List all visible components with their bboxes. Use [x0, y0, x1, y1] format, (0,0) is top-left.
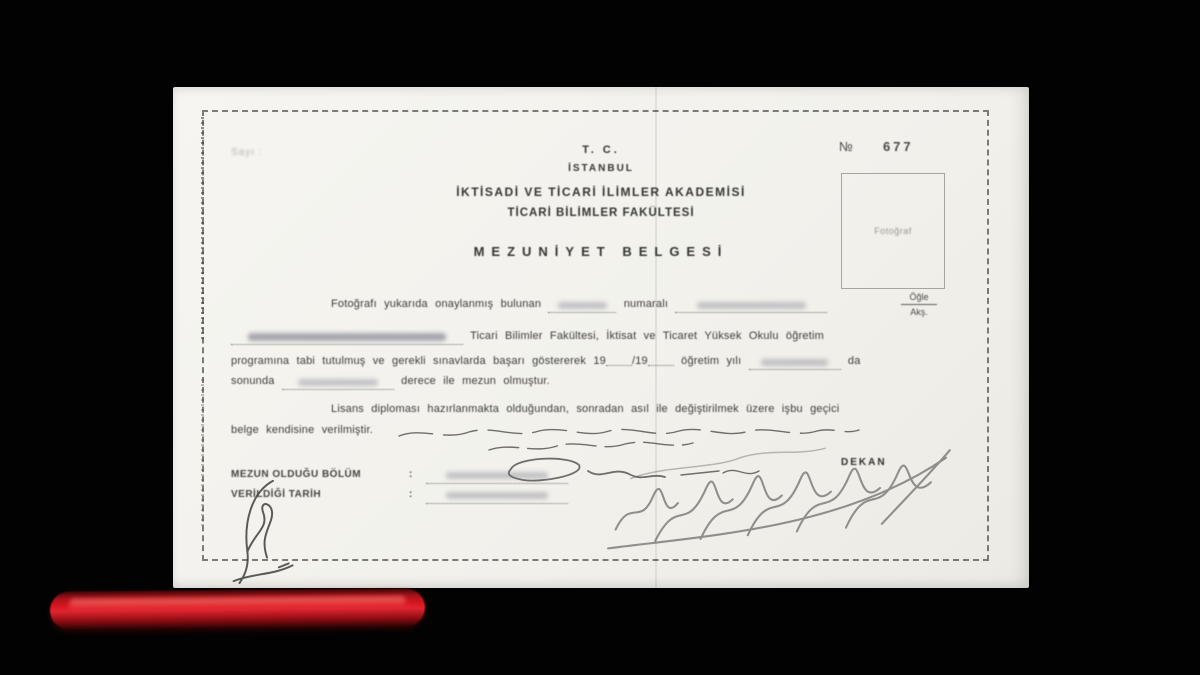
red-marker-pen [50, 588, 425, 629]
dean-signature [588, 437, 968, 555]
header-academy: İKTİSADİ VE TİCARİ İLİMLER AKADEMİSİ [173, 185, 1029, 199]
bolum-blank [426, 471, 568, 484]
typed-entry [298, 379, 379, 386]
student-number-blank [548, 300, 616, 313]
body-text: da [848, 355, 861, 367]
body-line-3: programına tabi tutulmuş ve gerekli sına… [231, 353, 967, 370]
session-selector: Öğle Akş. [895, 292, 943, 317]
body-line-2: Ticari Bilimler Fakültesi, İktisat ve Ti… [231, 330, 967, 345]
colon: : [409, 469, 423, 480]
body-line-5: Lisans diploması hazırlanmakta olduğunda… [231, 403, 967, 415]
body-line-4: sonunda derece ile mezun olmuştur. [231, 375, 967, 390]
degree-blank [282, 377, 394, 390]
body-text: belge kendisine verilmiştir. [231, 424, 373, 436]
corner-pen-scribble [221, 475, 316, 588]
body-text: numaralı [624, 298, 668, 310]
body-text: öğretim yılı [681, 355, 741, 367]
year-blank [648, 353, 674, 366]
header-republic: T. C. [173, 144, 1029, 156]
typed-entry [558, 302, 607, 309]
body-text: Fotoğrafı yukarıda onaylanmış bulunan [331, 298, 541, 310]
entry-blank [675, 300, 827, 313]
certificate-document: Sayı : № 677 Fotoğraf T. C. İSTANBUL İKT… [173, 87, 1029, 588]
typed-name-entry [248, 333, 445, 341]
year-blank [606, 353, 632, 366]
video-frame: Sayı : № 677 Fotoğraf T. C. İSTANBUL İKT… [0, 0, 1200, 675]
body-text: derece ile mezun olmuştur. [401, 375, 550, 387]
left-margin-print-marks [201, 379, 204, 529]
body-text: programına tabi tutulmuş ve gerekli sına… [231, 355, 606, 367]
body-text: /19 [632, 355, 648, 367]
session-day-label: Öğle [895, 292, 943, 302]
typed-entry [697, 302, 806, 309]
header-faculty: TİCARİ BİLİMLER FAKÜLTESİ [173, 207, 1029, 219]
body-text: Lisans diploması hazırlanmakta olduğunda… [331, 403, 839, 415]
typed-entry [761, 359, 827, 366]
colon: : [409, 489, 423, 500]
tarih-blank [426, 491, 568, 504]
handwritten-date [446, 492, 548, 499]
handwritten-entry [446, 472, 548, 479]
body-line-1: Fotoğrafı yukarıda onaylanmış bulunan nu… [231, 298, 967, 313]
photo-label: Fotoğraf [874, 226, 912, 236]
session-evening-label: Akş. [895, 307, 943, 317]
student-name-blank [231, 332, 463, 345]
body-text: Ticari Bilimler Fakültesi, İktisat ve Ti… [470, 330, 824, 342]
body-text: sonunda [231, 375, 275, 387]
header-city: İSTANBUL [173, 163, 1029, 174]
entry-blank [749, 357, 841, 370]
document-title: MEZUNİYET BELGESİ [173, 244, 1029, 259]
session-divider [901, 304, 937, 305]
